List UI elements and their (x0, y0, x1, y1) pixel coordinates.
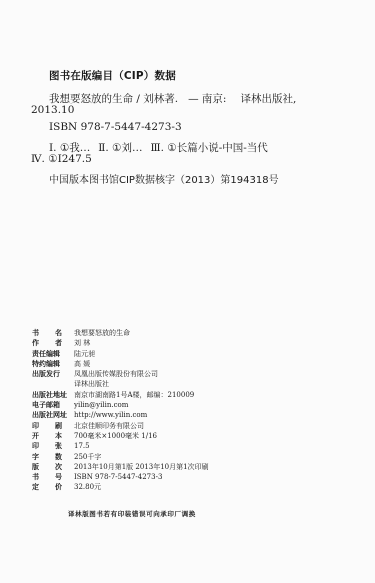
info-label-part: 定 (32, 482, 39, 492)
info-label-part: 刷 (55, 421, 62, 431)
info-value: http://www.yilin.com (74, 410, 147, 420)
info-label-part: 字 (32, 452, 39, 462)
info-label: 印张 (32, 441, 62, 451)
info-label-part: 出版社地址 (32, 390, 67, 400)
info-label-part: 者 (55, 338, 62, 348)
cip-isbn: ISBN 978-7-5447-4273-3 (49, 121, 182, 133)
info-row: 印刷北京佳顺印务有限公司 (32, 421, 209, 431)
info-row: 印张17.5 (32, 441, 209, 451)
info-label: 版次 (32, 462, 62, 472)
info-row: 出版发行凤凰出版传媒股份有限公司 (32, 369, 209, 379)
info-row: 责任编辑陆元昶 (32, 349, 209, 359)
info-value: 北京佳顺印务有限公司 (74, 421, 144, 431)
info-value: 2013年10月第1版 2013年10月第1次印刷 (74, 462, 209, 472)
cip-class-3: Ⅲ. ①长篇小说-中国-当代 (150, 142, 267, 154)
info-value: 译林出版社 (74, 379, 109, 389)
info-label: 字数 (32, 452, 62, 462)
info-value: 高 媛 (74, 359, 90, 369)
info-label-part: 电子邮箱 (32, 400, 60, 410)
info-label: 印刷 (32, 421, 62, 431)
info-value: 陆元昶 (74, 349, 95, 359)
info-value: 南京市湖南路1号A楼，邮编：210009 (74, 390, 194, 400)
info-label-part: 版 (32, 462, 39, 472)
info-label-part: 出版发行 (32, 369, 60, 379)
info-label-part: 价 (55, 482, 62, 492)
cip-class-2: Ⅱ. ①刘… (98, 142, 142, 154)
publication-info-table: 书名我想要怒放的生命作者刘 林责任编辑陆元昶特约编辑高 媛出版发行凤凰出版传媒股… (32, 328, 209, 493)
info-label-part: 次 (55, 462, 62, 472)
info-label-part: 书 (32, 472, 39, 482)
cip-classification-line-2: Ⅳ. ①I247.5 (31, 153, 92, 165)
info-row: 电子邮箱yilin@yilin.com (32, 400, 209, 410)
info-row: 译林出版社 (32, 379, 209, 389)
cip-entry-date: 2013.10 (31, 104, 74, 116)
info-row: 书名我想要怒放的生命 (32, 328, 209, 338)
info-row: 作者刘 林 (32, 338, 209, 348)
info-label-part: 特约编辑 (32, 359, 60, 369)
info-label: 责任编辑 (32, 349, 62, 359)
info-label: 书号 (32, 472, 62, 482)
info-value: 250千字 (74, 452, 101, 462)
info-value: 700毫米×1000毫米 1/16 (74, 431, 157, 441)
info-label: 作者 (32, 338, 62, 348)
info-label-part: 印 (32, 421, 39, 431)
info-row: 出版社地址南京市湖南路1号A楼，邮编：210009 (32, 390, 209, 400)
info-label: 开本 (32, 431, 62, 441)
info-label-part: 数 (55, 452, 62, 462)
info-label: 出版社网址 (32, 410, 62, 420)
cip-number: 中国版本图书馆CIP数据核字（2013）第194318号 (49, 171, 279, 186)
info-label (32, 379, 62, 389)
info-label-part: 张 (55, 441, 62, 451)
info-label-part: 作 (32, 338, 39, 348)
info-label: 电子邮箱 (32, 400, 62, 410)
footer-note: 译林版图书若有印装错误可向承印厂调换 (68, 509, 196, 518)
info-row: 定价32.80元 (32, 482, 209, 492)
info-label: 书名 (32, 328, 62, 338)
info-row: 字数250千字 (32, 452, 209, 462)
info-label-part: 印 (32, 441, 39, 451)
info-value: 凤凰出版传媒股份有限公司 (74, 369, 158, 379)
info-label: 定价 (32, 482, 62, 492)
info-value: ISBN 978-7-5447-4273-3 (74, 472, 162, 482)
info-row: 出版社网址http://www.yilin.com (32, 410, 209, 420)
info-label-part: 名 (55, 328, 62, 338)
info-label: 出版社地址 (32, 390, 62, 400)
info-value: 刘 林 (74, 338, 90, 348)
info-label-part: 号 (55, 472, 62, 482)
info-row: 书号ISBN 978-7-5447-4273-3 (32, 472, 209, 482)
cip-entry-line: 我想要怒放的生命 / 刘林著.— 南京:译林出版社, (49, 91, 296, 106)
cip-title: 图书在版编目（CIP）数据 (49, 68, 176, 83)
info-row: 版次2013年10月第1版 2013年10月第1次印刷 (32, 462, 209, 472)
info-label-part: 本 (55, 431, 62, 441)
cip-entry-place: — 南京: (188, 93, 226, 105)
info-row: 开本700毫米×1000毫米 1/16 (32, 431, 209, 441)
info-row: 特约编辑高 媛 (32, 359, 209, 369)
info-value: 我想要怒放的生命 (74, 328, 130, 338)
info-value: 32.80元 (74, 482, 101, 492)
info-label-part: 责任编辑 (32, 349, 60, 359)
info-label-part: 出版社网址 (32, 410, 67, 420)
info-label: 出版发行 (32, 369, 62, 379)
info-value: 17.5 (74, 441, 90, 451)
info-label-part: 书 (32, 328, 39, 338)
info-label: 特约编辑 (32, 359, 62, 369)
info-label-part: 开 (32, 431, 39, 441)
info-value: yilin@yilin.com (74, 400, 128, 410)
cip-entry-publisher: 译林出版社, (240, 93, 296, 105)
